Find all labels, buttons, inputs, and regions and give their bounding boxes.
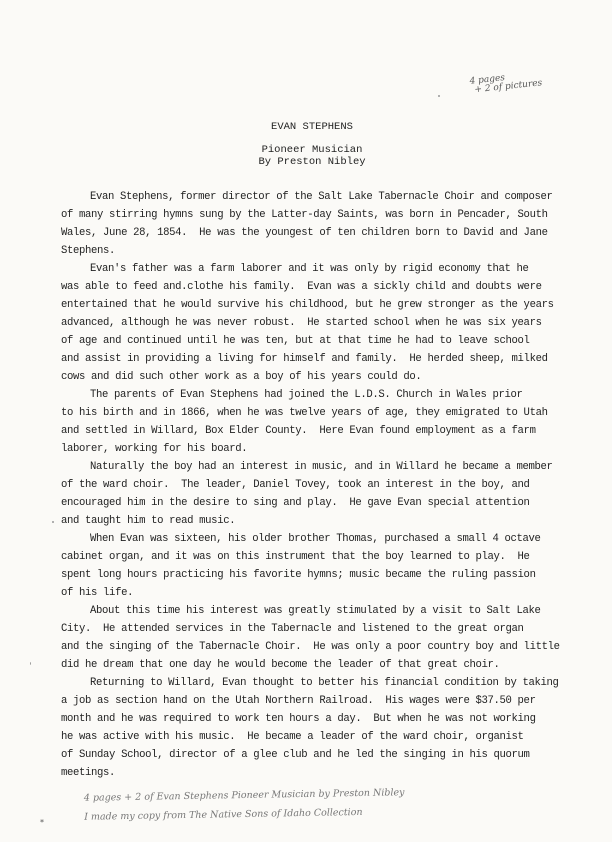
- text-line: was able to feed and.clothe his family. …: [61, 278, 561, 296]
- text-line: Evan Stephens, former director of the Sa…: [61, 188, 561, 206]
- paper-speck: [30, 662, 31, 665]
- text-line: advanced, although he was never robust. …: [61, 314, 561, 332]
- document-page: 4 pages + 2 of pictures EVAN STEPHENS Pi…: [0, 0, 612, 842]
- text-line: Wales, June 28, 1854. He was the younges…: [61, 224, 561, 242]
- text-line: Stephens.: [61, 242, 561, 260]
- text-line: of his life.: [61, 584, 561, 602]
- paper-speck: [52, 521, 54, 523]
- paper-speck: [438, 95, 440, 97]
- text-line: a job as section hand on the Utah Northe…: [61, 692, 561, 710]
- text-line: and the singing of the Tabernacle Choir.…: [61, 638, 561, 656]
- text-line: did he dream that one day he would becom…: [61, 656, 561, 674]
- document-subtitle: Pioneer Musician: [6, 144, 612, 156]
- text-line: cows and did such other work as a boy of…: [61, 368, 561, 386]
- text-line: month and he was required to work ten ho…: [61, 710, 561, 728]
- document-byline: By Preston Nibley: [6, 156, 612, 168]
- text-line: Evan's father was a farm laborer and it …: [61, 260, 561, 278]
- text-line: meetings.: [61, 764, 561, 782]
- text-line: The parents of Evan Stephens had joined …: [61, 386, 561, 404]
- text-line: of many stirring hymns sung by the Latte…: [61, 206, 561, 224]
- text-line: spent long hours practicing his favorite…: [61, 566, 561, 584]
- text-line: When Evan was sixteen, his older brother…: [61, 530, 561, 548]
- text-line: to his birth and in 1866, when he was tw…: [61, 404, 561, 422]
- text-line: Returning to Willard, Evan thought to be…: [61, 674, 561, 692]
- text-line: and assist in providing a living for him…: [61, 350, 561, 368]
- handwritten-page-count-note: 4 pages + 2 of pictures: [469, 70, 542, 95]
- text-line: entertained that he would survive his ch…: [61, 296, 561, 314]
- text-line: About this time his interest was greatly…: [61, 602, 561, 620]
- text-line: of the ward choir. The leader, Daniel To…: [61, 476, 561, 494]
- text-line: of age and continued until he was ten, b…: [61, 332, 561, 350]
- star-mark-icon: *: [40, 818, 44, 827]
- text-line: Naturally the boy had an interest in mus…: [61, 458, 561, 476]
- text-line: of Sunday School, director of a glee clu…: [61, 746, 561, 764]
- text-line: and taught him to read music.: [61, 512, 561, 530]
- text-line: he was active with his music. He became …: [61, 728, 561, 746]
- handwritten-source-notes: 4 pages + 2 of Evan Stephens Pioneer Mus…: [84, 784, 405, 826]
- note-line: I made my copy from The Native Sons of I…: [84, 803, 405, 826]
- text-line: encouraged him in the desire to sing and…: [61, 494, 561, 512]
- text-line: and settled in Willard, Box Elder County…: [61, 422, 561, 440]
- document-title: EVAN STEPHENS: [6, 121, 612, 133]
- document-body: Evan Stephens, former director of the Sa…: [61, 188, 561, 782]
- text-line: cabinet organ, and it was on this instru…: [61, 548, 561, 566]
- text-line: laborer, working for his board.: [61, 440, 561, 458]
- text-line: City. He attended services in the Tabern…: [61, 620, 561, 638]
